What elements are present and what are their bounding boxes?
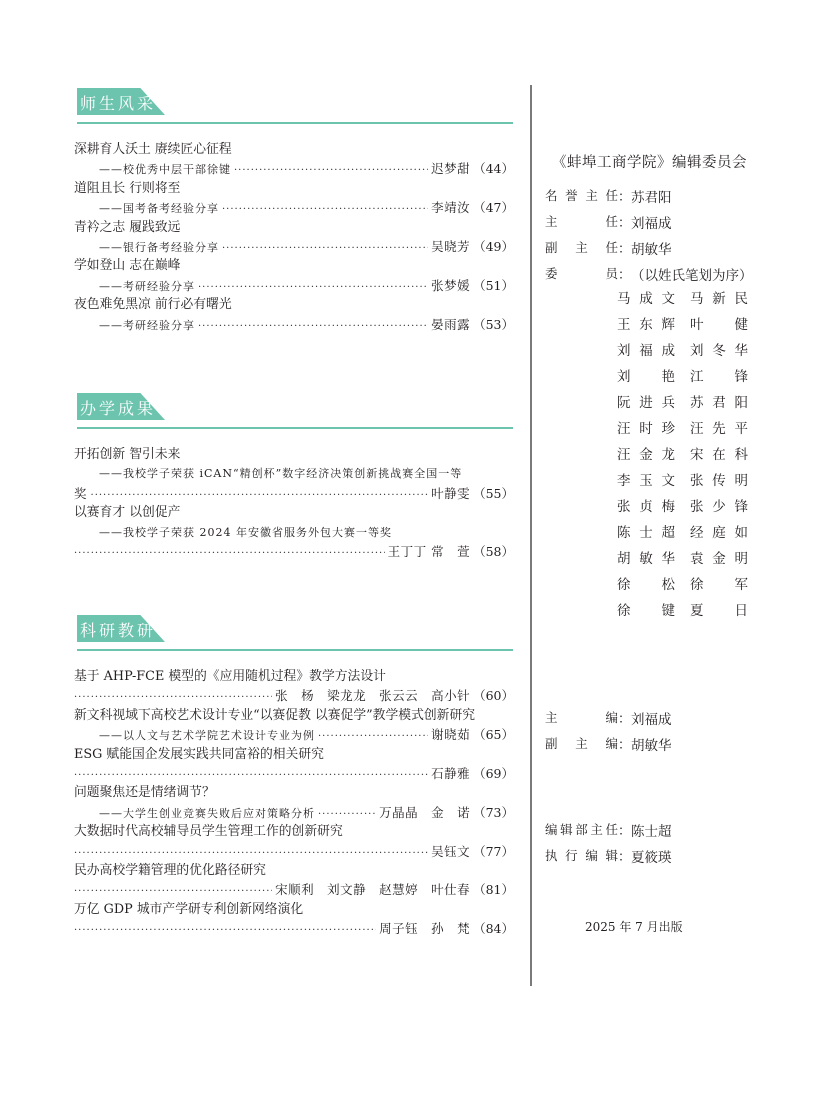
- toc-entry-title[interactable]: 基于 AHP-FCE 模型的《应用随机过程》教学方法设计: [74, 667, 514, 686]
- entry-page: （65）: [473, 725, 514, 744]
- section-header: 师生风采: [74, 88, 514, 115]
- entry-page: （77）: [473, 842, 514, 861]
- member-row: 阮进兵苏君阳: [617, 393, 748, 419]
- entry-author: 叶静雯: [431, 484, 470, 503]
- member-row: 徐 松徐 军: [617, 575, 748, 601]
- member-name: 经庭如: [690, 523, 748, 549]
- toc-entry-title[interactable]: 学如登山 志在巅峰: [74, 256, 514, 275]
- editorial-director-row: 编辑部主任 ： 陈士超: [545, 820, 672, 840]
- member-name: 徐 松: [617, 575, 675, 601]
- toc-entry-title[interactable]: 民办高校学籍管理的优化路径研究: [74, 861, 514, 880]
- entry-subtitle-cont: 奖: [74, 484, 88, 503]
- toc-entry-title[interactable]: 深耕育人沃土 赓续匠心征程: [74, 140, 514, 159]
- section-rule: [77, 427, 513, 429]
- entry-author: 张梦媛: [431, 276, 470, 295]
- section-title: 科研教研: [80, 618, 156, 641]
- section-header: 办学成果: [74, 393, 514, 420]
- role-label: 副 主 任: [545, 238, 618, 258]
- toc-entry-title[interactable]: 新文科视域下高校艺术设计专业“以赛促教 以赛促学”教学模式创新研究: [74, 706, 514, 725]
- member-name: 夏 日: [690, 601, 748, 627]
- role-value: 刘福成: [631, 708, 672, 728]
- member-name: 陈士超: [617, 523, 675, 549]
- toc-entry-sub-cont[interactable]: 奖 叶静雯 （55）: [74, 484, 514, 503]
- member-row: 李玉文张传明: [617, 471, 748, 497]
- entry-subtitle: ——考研经验分享: [99, 316, 195, 335]
- role-label: 主 任: [545, 212, 618, 232]
- member-row: 汪金龙宋在科: [617, 445, 748, 471]
- role-value: 胡敏华: [631, 238, 672, 258]
- member-row: 汪时珍汪先平: [617, 419, 748, 445]
- member-name: 刘 艳: [617, 367, 675, 393]
- director-row: 主 任 ： 刘福成: [545, 212, 672, 232]
- toc-entry-title[interactable]: ESG 赋能国企发展实践共同富裕的相关研究: [74, 745, 514, 764]
- toc-entry-author-line[interactable]: 宋顺利 刘文静 赵慧婷 叶仕春 （81）: [74, 880, 514, 899]
- member-name: 袁金明: [690, 549, 748, 575]
- member-name: 张传明: [690, 471, 748, 497]
- entry-author: 万晶晶 金 诺: [379, 803, 470, 822]
- member-row: 胡敏华袁金明: [617, 549, 748, 575]
- entry-page: （47）: [473, 198, 514, 217]
- entry-subtitle: ——考研经验分享: [99, 277, 195, 296]
- role-value: 夏筱瑛: [631, 846, 672, 866]
- section-shisheng-fengcai: 师生风采 深耕育人沃土 赓续匠心征程 ——校优秀中层干部徐键 迟梦甜 （44） …: [74, 88, 514, 115]
- role-colon: ：: [618, 264, 631, 284]
- toc-entry-author-line[interactable]: 周子钰 孙 梵 （84）: [74, 919, 514, 938]
- role-colon: ：: [618, 734, 631, 754]
- role-value: 苏君阳: [631, 186, 672, 206]
- toc-entry-title[interactable]: 大数据时代高校辅导员学生管理工作的创新研究: [74, 822, 514, 841]
- member-row: 刘 艳江 锋: [617, 367, 748, 393]
- member-name: 胡敏华: [617, 549, 675, 575]
- member-name: 刘福成: [617, 341, 675, 367]
- deputy-director-row: 副 主 任 ： 胡敏华: [545, 238, 672, 258]
- entry-author: 谢晓茹: [431, 725, 470, 744]
- members-label-row: 委 员 ： （以姓氏笔划为序）: [545, 264, 753, 284]
- member-row: 王东辉叶 健: [617, 315, 748, 341]
- entry-author: 李靖汝: [431, 198, 470, 217]
- member-list: 马成文马新民 王东辉叶 健 刘福成刘冬华 刘 艳江 锋 阮进兵苏君阳 汪时珍汪先…: [617, 289, 748, 627]
- role-label: 执行编辑: [545, 846, 618, 866]
- entry-author: 迟梦甜: [431, 159, 470, 178]
- member-name: 徐 键: [617, 601, 675, 627]
- entry-page: （69）: [473, 764, 514, 783]
- dot-leader: [74, 544, 385, 563]
- entry-subtitle: ——国考备考经验分享: [99, 199, 219, 218]
- role-value: （以姓氏笔划为序）: [631, 264, 753, 284]
- role-colon: ：: [618, 820, 631, 840]
- member-row: 马成文马新民: [617, 289, 748, 315]
- role-colon: ：: [618, 212, 631, 232]
- deputy-chief-editor-row: 副 主 编 ： 胡敏华: [545, 734, 672, 754]
- dot-leader: [198, 317, 428, 336]
- role-colon: ：: [618, 186, 631, 206]
- toc-entry-author-line[interactable]: 王丁丁 常 萱 （58）: [74, 542, 514, 561]
- role-label: 副 主 编: [545, 734, 618, 754]
- member-name: 汪先平: [690, 419, 748, 445]
- role-colon: ：: [618, 846, 631, 866]
- member-name: 刘冬华: [690, 341, 748, 367]
- entry-page: （73）: [473, 803, 514, 822]
- entry-page: （55）: [473, 484, 514, 503]
- entry-page: （51）: [473, 276, 514, 295]
- member-name: 李玉文: [617, 471, 675, 497]
- member-name: 汪金龙: [617, 445, 675, 471]
- toc-entry-title[interactable]: 开拓创新 智引未来: [74, 445, 514, 464]
- member-row: 徐 键夏 日: [617, 601, 748, 627]
- section-rule: [77, 649, 513, 651]
- honorary-director-row: 名誉主任 ： 苏君阳: [545, 186, 672, 206]
- entry-author: 吴钰文: [431, 842, 470, 861]
- entry-page: （49）: [473, 237, 514, 256]
- role-value: 胡敏华: [631, 734, 672, 754]
- role-label: 名誉主任: [545, 186, 618, 206]
- entry-page: （53）: [473, 315, 514, 334]
- toc-entry-sub[interactable]: ——我校学子荣获 iCAN“精创杯”数字经济决策创新挑战赛全国一等: [74, 464, 514, 483]
- executive-editor-row: 执行编辑 ： 夏筱瑛: [545, 846, 672, 866]
- entry-author: 周子钰 孙 梵: [379, 919, 470, 938]
- dot-leader: [74, 921, 376, 940]
- role-colon: ：: [618, 708, 631, 728]
- toc-entry-sub[interactable]: ——我校学子荣获 2024 年安徽省服务外包大赛一等奖: [74, 523, 514, 542]
- entry-page: （44）: [473, 159, 514, 178]
- toc-entry-title[interactable]: 问题聚焦还是情绪调节？: [74, 783, 514, 802]
- entry-page: （60）: [473, 686, 514, 705]
- toc-entry-title[interactable]: 夜色难免黑凉 前行必有曙光: [74, 295, 514, 314]
- member-name: 汪时珍: [617, 419, 675, 445]
- entry-subtitle: ——我校学子荣获 iCAN“精创杯”数字经济决策创新挑战赛全国一等: [99, 464, 462, 483]
- toc-entry-author-line[interactable]: 张 杨 梁龙龙 张云云 高小针 （60）: [74, 686, 514, 705]
- entry-subtitle: ——银行备考经验分享: [99, 238, 219, 257]
- toc-entry-sub[interactable]: ——大学生创业竞赛失败后应对策略分析 万晶晶 金 诺 （73）: [74, 803, 514, 822]
- member-name: 阮进兵: [617, 393, 675, 419]
- section-title: 师生风采: [80, 91, 156, 114]
- section-rule: [77, 122, 513, 124]
- member-name: 宋在科: [690, 445, 748, 471]
- section-header: 科研教研: [74, 615, 514, 642]
- entry-subtitle: ——以人文与艺术学院艺术设计专业为例: [99, 726, 315, 745]
- role-colon: ：: [618, 238, 631, 258]
- member-name: 江 锋: [690, 367, 748, 393]
- entry-subtitle: ——大学生创业竞赛失败后应对策略分析: [99, 804, 315, 823]
- toc-entry-author-line[interactable]: 吴钰文 （77）: [74, 842, 514, 861]
- entry-page: （58）: [473, 542, 514, 561]
- toc-entry-sub[interactable]: ——银行备考经验分享 吴晓芳 （49）: [74, 237, 514, 256]
- entry-subtitle: ——校优秀中层干部徐键: [99, 160, 231, 179]
- entry-page: （84）: [473, 919, 514, 938]
- member-name: 徐 军: [690, 575, 748, 601]
- toc-entry-sub[interactable]: ——校优秀中层干部徐键 迟梦甜 （44）: [74, 159, 514, 178]
- entry-author: 张 杨 梁龙龙 张云云 高小针: [275, 686, 470, 705]
- entry-author: 晏雨露: [431, 315, 470, 334]
- member-name: 叶 健: [690, 315, 748, 341]
- toc-entry-title[interactable]: 青衿之志 履践致远: [74, 218, 514, 237]
- toc-entry-sub[interactable]: ——考研经验分享 晏雨露 （53）: [74, 315, 514, 334]
- toc-entry-sub[interactable]: ——国考备考经验分享 李靖汝 （47）: [74, 198, 514, 217]
- entry-author: 王丁丁 常 萱: [388, 542, 470, 561]
- entry-author: 吴晓芳: [431, 237, 470, 256]
- publication-date: 2025 年 7 月出版: [585, 918, 683, 935]
- section-banxue-chengguo: 办学成果 开拓创新 智引未来 ——我校学子荣获 iCAN“精创杯”数字经济决策创…: [74, 393, 514, 420]
- member-row: 刘福成刘冬华: [617, 341, 748, 367]
- member-name: 苏君阳: [690, 393, 748, 419]
- chief-editor-row: 主 编 ： 刘福成: [545, 708, 672, 728]
- section-keyan-jiaoyan: 科研教研 基于 AHP-FCE 模型的《应用随机过程》教学方法设计 张 杨 梁龙…: [74, 615, 514, 642]
- column-divider: [530, 85, 532, 986]
- entry-page: （81）: [473, 880, 514, 899]
- member-name: 王东辉: [617, 315, 675, 341]
- toc-entry-title[interactable]: 万亿 GDP 城市产学研专利创新网络演化: [74, 900, 514, 919]
- board-title: 《蚌埠工商学院》编辑委员会: [552, 151, 747, 172]
- member-name: 马新民: [690, 289, 748, 315]
- section-title: 办学成果: [80, 396, 156, 419]
- member-row: 张贞梅张少锋: [617, 497, 748, 523]
- member-name: 张贞梅: [617, 497, 675, 523]
- role-label: 委 员: [545, 264, 618, 284]
- member-name: 张少锋: [690, 497, 748, 523]
- entry-author: 石静雅: [431, 764, 470, 783]
- entry-author: 宋顺利 刘文静 赵慧婷 叶仕春: [275, 880, 470, 899]
- role-value: 刘福成: [631, 212, 672, 232]
- role-label: 主 编: [545, 708, 618, 728]
- toc-entry-title[interactable]: 道阻且长 行则将至: [74, 179, 514, 198]
- entry-subtitle: ——我校学子荣获 2024 年安徽省服务外包大赛一等奖: [99, 523, 392, 542]
- toc-entry-author-line[interactable]: 石静雅 （69）: [74, 764, 514, 783]
- member-name: 马成文: [617, 289, 675, 315]
- role-label: 编辑部主任: [545, 820, 618, 840]
- member-row: 陈士超经庭如: [617, 523, 748, 549]
- toc-entry-sub[interactable]: ——考研经验分享 张梦媛 （51）: [74, 276, 514, 295]
- role-value: 陈士超: [631, 820, 672, 840]
- toc-entry-title[interactable]: 以赛育才 以创促产: [74, 503, 514, 522]
- toc-entry-sub[interactable]: ——以人文与艺术学院艺术设计专业为例 谢晓茹 （65）: [74, 725, 514, 744]
